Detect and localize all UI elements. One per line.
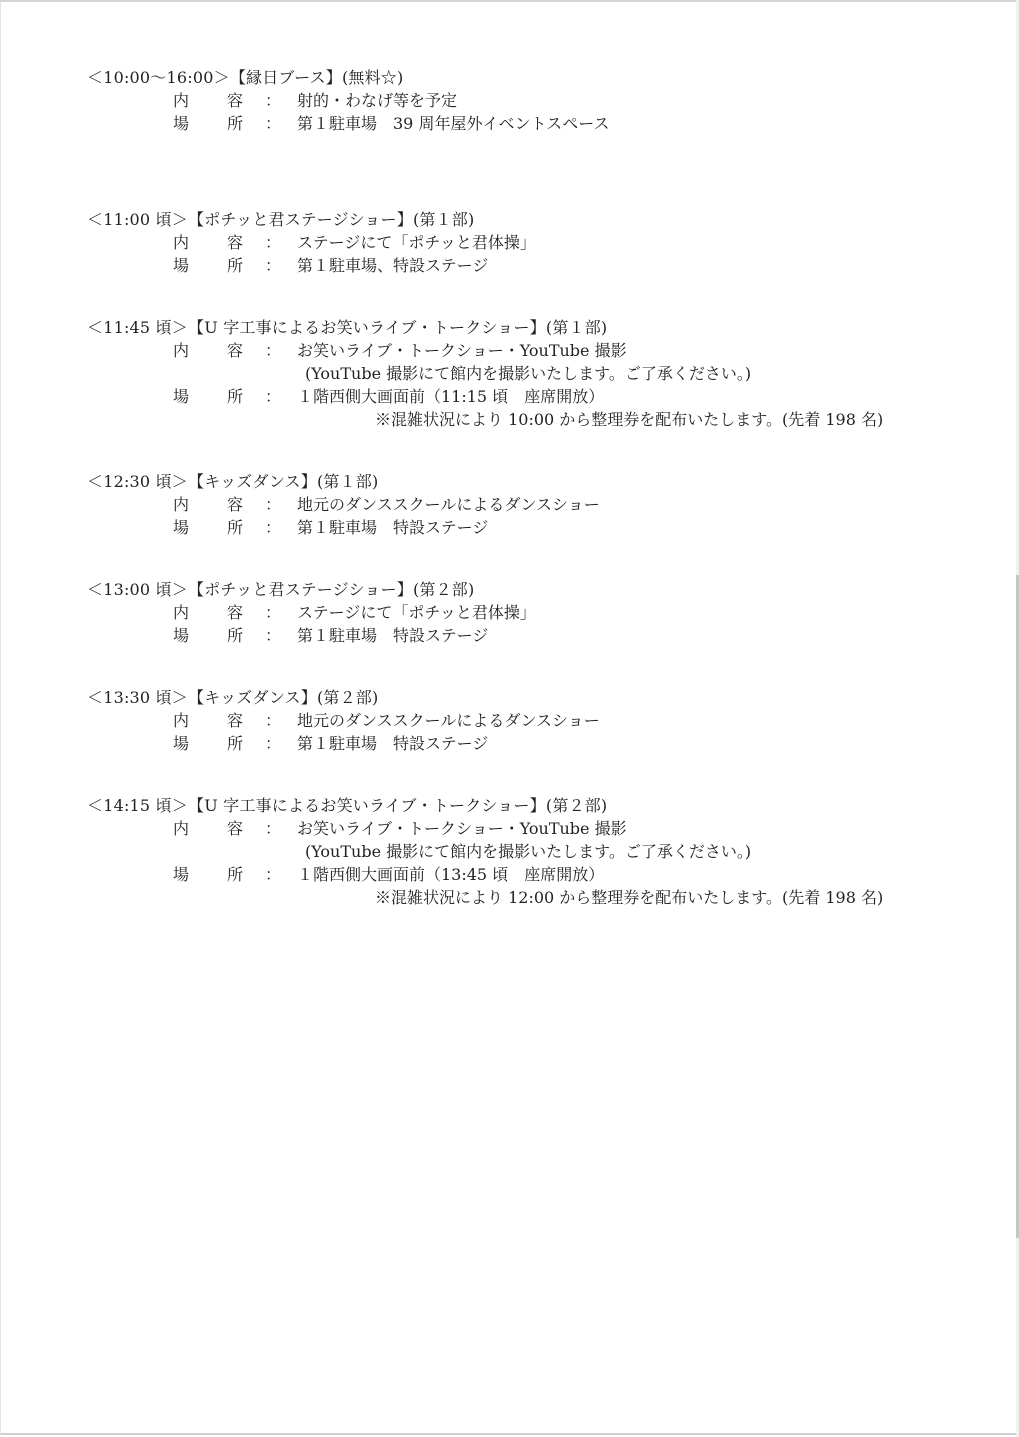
- content-label-2: 容: [227, 601, 243, 624]
- colon: ：: [265, 732, 281, 755]
- place-value: 第１駐車場、特設ステージ: [297, 254, 488, 277]
- place-note-row: ※混雑状況により 10:00 から整理券を配布いたします。(先着 198 名): [87, 408, 967, 431]
- content-label-1: 内: [173, 817, 189, 840]
- colon: ：: [265, 624, 281, 647]
- content-label-1: 内: [173, 709, 189, 732]
- place-label-1: 場: [173, 112, 189, 135]
- colon: ：: [265, 112, 281, 135]
- event-title: ＜11:00 頃＞【ポチッと君ステージショー】(第１部): [87, 208, 967, 231]
- place-label-2: 所: [227, 112, 243, 135]
- place-label-1: 場: [173, 516, 189, 539]
- colon: ：: [265, 339, 281, 362]
- place-row: 場 所 ： １階西側大画面前（11:15 頃 座席開放）: [87, 385, 967, 408]
- content-label-2: 容: [227, 709, 243, 732]
- place-row: 場 所 ： 第１駐車場、特設ステージ: [87, 254, 967, 277]
- content-value: 地元のダンススクールによるダンスショー: [297, 493, 600, 516]
- content-note: (YouTube 撮影にて館内を撮影いたします。ご了承ください。): [305, 362, 751, 385]
- colon: ：: [265, 385, 281, 408]
- content-label-2: 容: [227, 339, 243, 362]
- event-block-kids-dance-2: ＜13:30 頃＞【キッズダンス】(第２部) 内 容 ： 地元のダンススクールに…: [87, 686, 967, 755]
- colon: ：: [265, 89, 281, 112]
- content-label-1: 内: [173, 339, 189, 362]
- colon: ：: [265, 709, 281, 732]
- content-row: 内 容 ： 射的・わなげ等を予定: [87, 89, 967, 112]
- content-row: 内 容 ： お笑いライブ・トークショー・YouTube 撮影: [87, 339, 967, 362]
- content-label-2: 容: [227, 817, 243, 840]
- content-value: ステージにて「ポチッと君体操」: [297, 601, 536, 624]
- place-label-1: 場: [173, 254, 189, 277]
- colon: ：: [265, 231, 281, 254]
- content-note-row: (YouTube 撮影にて館内を撮影いたします。ご了承ください。): [87, 840, 967, 863]
- event-block-pochitto-show-2: ＜13:00 頃＞【ポチッと君ステージショー】(第２部) 内 容 ： ステージに…: [87, 578, 967, 647]
- content-label-2: 容: [227, 89, 243, 112]
- content-note-row: (YouTube 撮影にて館内を撮影いたします。ご了承ください。): [87, 362, 967, 385]
- content-label-2: 容: [227, 231, 243, 254]
- place-label-2: 所: [227, 624, 243, 647]
- place-row: 場 所 ： 第１駐車場 特設ステージ: [87, 516, 967, 539]
- content-label-1: 内: [173, 493, 189, 516]
- content-value: 地元のダンススクールによるダンスショー: [297, 709, 600, 732]
- colon: ：: [265, 493, 281, 516]
- content-value: ステージにて「ポチッと君体操」: [297, 231, 536, 254]
- event-block-u-kouji-talk-2: ＜14:15 頃＞【U 字工事によるお笑いライブ・トークショー】(第２部) 内 …: [87, 794, 967, 909]
- document-page: ＜10:00～16:00＞【縁日ブース】(無料☆) 内 容 ： 射的・わなげ等を…: [0, 0, 1016, 1435]
- event-block-kids-dance-1: ＜12:30 頃＞【キッズダンス】(第１部) 内 容 ： 地元のダンススクールに…: [87, 470, 967, 539]
- event-title: ＜11:45 頃＞【U 字工事によるお笑いライブ・トークショー】(第１部): [87, 316, 967, 339]
- place-value: １階西側大画面前（11:15 頃 座席開放）: [297, 385, 604, 408]
- event-block-ennichi-booth: ＜10:00～16:00＞【縁日ブース】(無料☆) 内 容 ： 射的・わなげ等を…: [87, 66, 967, 135]
- content-label-1: 内: [173, 89, 189, 112]
- place-value: 第１駐車場 特設ステージ: [297, 516, 488, 539]
- event-block-u-kouji-talk-1: ＜11:45 頃＞【U 字工事によるお笑いライブ・トークショー】(第１部) 内 …: [87, 316, 967, 431]
- content-row: 内 容 ： お笑いライブ・トークショー・YouTube 撮影: [87, 817, 967, 840]
- event-block-pochitto-show-1: ＜11:00 頃＞【ポチッと君ステージショー】(第１部) 内 容 ： ステージに…: [87, 208, 967, 277]
- place-value: １階西側大画面前（13:45 頃 座席開放）: [297, 863, 604, 886]
- place-label-2: 所: [227, 516, 243, 539]
- place-value: 第１駐車場 特設ステージ: [297, 624, 488, 647]
- event-title: ＜14:15 頃＞【U 字工事によるお笑いライブ・トークショー】(第２部): [87, 794, 967, 817]
- place-label-1: 場: [173, 624, 189, 647]
- place-label-2: 所: [227, 254, 243, 277]
- event-title: ＜10:00～16:00＞【縁日ブース】(無料☆): [87, 66, 967, 89]
- place-value: 第１駐車場 39 周年屋外イベントスペース: [297, 112, 610, 135]
- colon: ：: [265, 817, 281, 840]
- place-label-1: 場: [173, 863, 189, 886]
- place-label-2: 所: [227, 732, 243, 755]
- place-row: 場 所 ： 第１駐車場 39 周年屋外イベントスペース: [87, 112, 967, 135]
- place-label-1: 場: [173, 385, 189, 408]
- place-row: 場 所 ： 第１駐車場 特設ステージ: [87, 732, 967, 755]
- place-label-1: 場: [173, 732, 189, 755]
- content-label-1: 内: [173, 231, 189, 254]
- place-note-row: ※混雑状況により 12:00 から整理券を配布いたします。(先着 198 名): [87, 886, 967, 909]
- event-title: ＜12:30 頃＞【キッズダンス】(第１部): [87, 470, 967, 493]
- colon: ：: [265, 863, 281, 886]
- colon: ：: [265, 601, 281, 624]
- place-value: 第１駐車場 特設ステージ: [297, 732, 488, 755]
- content-row: 内 容 ： 地元のダンススクールによるダンスショー: [87, 709, 967, 732]
- content-value: 射的・わなげ等を予定: [297, 89, 457, 112]
- event-title: ＜13:00 頃＞【ポチッと君ステージショー】(第２部): [87, 578, 967, 601]
- place-row: 場 所 ： 第１駐車場 特設ステージ: [87, 624, 967, 647]
- content-row: 内 容 ： 地元のダンススクールによるダンスショー: [87, 493, 967, 516]
- content-value: お笑いライブ・トークショー・YouTube 撮影: [297, 817, 627, 840]
- place-row: 場 所 ： １階西側大画面前（13:45 頃 座席開放）: [87, 863, 967, 886]
- place-note: ※混雑状況により 10:00 から整理券を配布いたします。(先着 198 名): [375, 408, 883, 431]
- content-label-1: 内: [173, 601, 189, 624]
- content-row: 内 容 ： ステージにて「ポチッと君体操」: [87, 231, 967, 254]
- content-label-2: 容: [227, 493, 243, 516]
- content-value: お笑いライブ・トークショー・YouTube 撮影: [297, 339, 627, 362]
- colon: ：: [265, 254, 281, 277]
- content-row: 内 容 ： ステージにて「ポチッと君体操」: [87, 601, 967, 624]
- event-title: ＜13:30 頃＞【キッズダンス】(第２部): [87, 686, 967, 709]
- place-label-2: 所: [227, 863, 243, 886]
- place-note: ※混雑状況により 12:00 から整理券を配布いたします。(先着 198 名): [375, 886, 883, 909]
- content-note: (YouTube 撮影にて館内を撮影いたします。ご了承ください。): [305, 840, 751, 863]
- colon: ：: [265, 516, 281, 539]
- place-label-2: 所: [227, 385, 243, 408]
